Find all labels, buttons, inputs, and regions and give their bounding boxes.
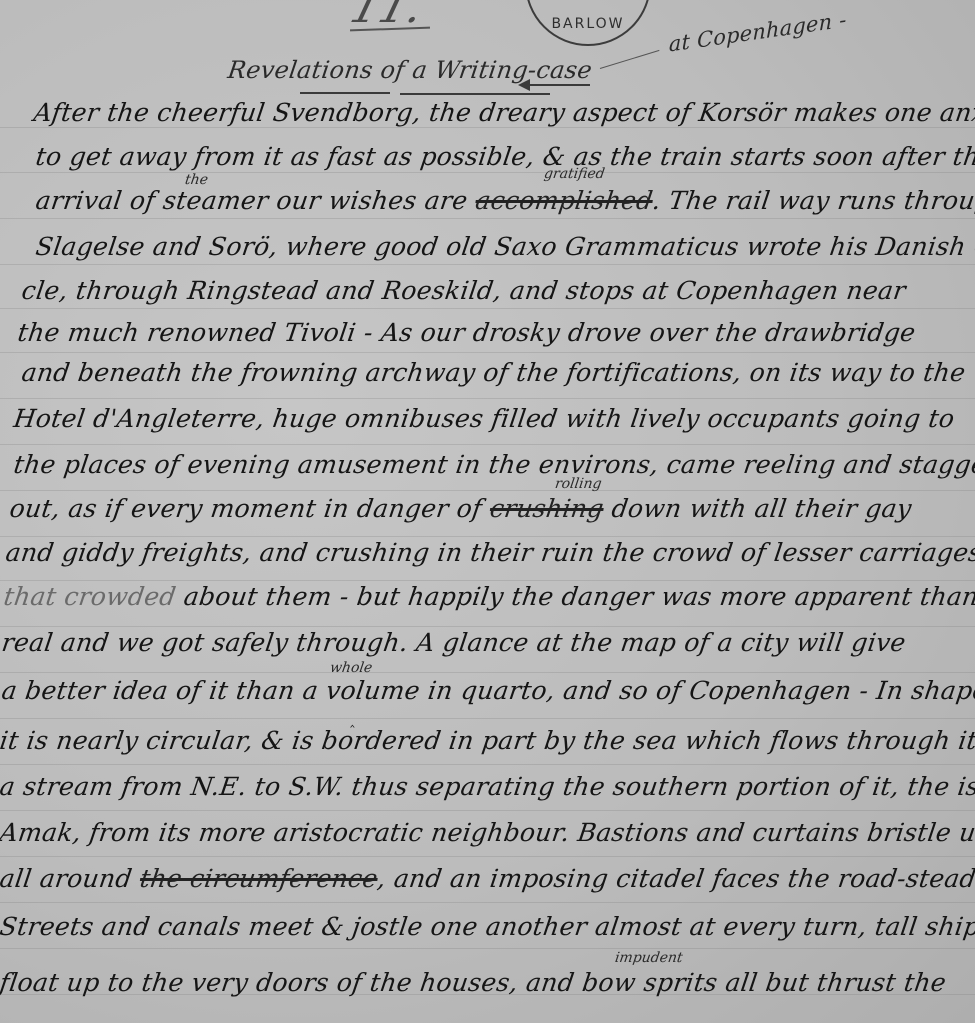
insertion-word: the [184, 172, 209, 188]
manuscript-line-12: that crowded about them - but happily th… [2, 582, 975, 611]
library-stamp: BARLOW [525, 0, 651, 46]
ruled-line [0, 718, 975, 719]
line-text: steamer our wishes are [161, 186, 477, 215]
line-text: . The rail way runs through [651, 186, 975, 215]
title-underline [400, 93, 550, 95]
ruled-line [0, 580, 975, 581]
ruled-line [0, 127, 975, 128]
manuscript-line-6: the much renowned Tivoli - As our drosky… [16, 318, 918, 347]
ruled-line [0, 810, 975, 811]
ruled-line [0, 536, 975, 537]
line-text: arrival of [34, 186, 165, 215]
ruled-line [0, 490, 975, 491]
manuscript-line-4: Slagelse and Sorö, where good old Saxo G… [34, 232, 975, 261]
manuscript-line-9: the places of evening amusement in the e… [12, 450, 975, 479]
insertion-word: rolling [554, 476, 603, 492]
line-text: bow sprits all but thrust the [580, 968, 948, 997]
title-underline [300, 92, 390, 94]
manuscript-line-3: arrival of steamer our wishes are accomp… [34, 186, 975, 215]
struck-word: crushing [488, 494, 606, 523]
ruled-line [0, 172, 975, 173]
manuscript-line-2: to get away from it as fast as possible,… [34, 142, 975, 171]
ruled-line [0, 764, 975, 765]
insertion-word: gratified [543, 166, 606, 182]
manuscript-line-11: and giddy freights, and crushing in thei… [4, 538, 975, 567]
manuscript-line-20: float up to the very doors of the houses… [0, 968, 948, 997]
manuscript-line-13: real and we got safely through. A glance… [0, 628, 908, 657]
insertion-guide-line [600, 50, 660, 69]
ruled-line [0, 626, 975, 627]
manuscript-line-10: out, as if every moment in danger of cru… [8, 494, 914, 523]
manuscript-line-19: Streets and canals meet & jostle one ano… [0, 912, 975, 941]
insertion-word: whole [329, 660, 373, 676]
manuscript-line-17: Amak, from its more aristocratic neighbo… [0, 818, 975, 847]
page-title: Revelations of a Writing-case [226, 56, 594, 84]
line-text: all around [0, 864, 142, 893]
ruled-line [0, 264, 975, 265]
line-text: , and an imposing citadel faces the road… [376, 864, 975, 893]
line-text: float up to the very doors of the houses… [0, 968, 584, 997]
ruled-line [0, 308, 975, 309]
struck-word: the circumference [138, 864, 380, 893]
ruled-line [0, 444, 975, 445]
manuscript-line-8: Hotel d'Angleterre, huge omnibuses fille… [12, 404, 957, 433]
ruled-line [0, 948, 975, 949]
ruled-line [0, 902, 975, 903]
title-insertion: at Copenhagen - [669, 7, 847, 56]
stamp-text: BARLOW [527, 16, 649, 32]
line-text: about them - but happily the danger was … [174, 582, 975, 611]
manuscript-line-14: a better idea of it than a volume in qua… [0, 676, 975, 705]
ruled-line [0, 352, 975, 353]
insertion-arrow-icon [520, 84, 590, 86]
ruled-line [0, 856, 975, 857]
ruled-line [0, 398, 975, 399]
line-text: volume in quarto, and so of Copenhagen -… [324, 676, 975, 705]
line-text: out, as if every moment in danger of [8, 494, 492, 523]
manuscript-line-5: cle, through Ringstead and Roeskild, and… [20, 276, 908, 305]
insertion-word: impudent [614, 950, 684, 966]
ruled-line [0, 672, 975, 673]
struck-word: accomplished [474, 186, 655, 215]
line-text: a better idea of it than a [0, 676, 328, 705]
manuscript-line-18: all around the circumference, and an imp… [0, 864, 975, 893]
ruled-line [0, 218, 975, 219]
manuscript-line-16: a stream from N.E. to S.W. thus separati… [0, 772, 975, 801]
manuscript-page: 11. BARLOW Revelations of a Writing-case… [0, 0, 975, 1023]
line-text: down with all their gay [602, 494, 914, 523]
manuscript-line-15: it is nearly circular, & is bordered in … [0, 726, 975, 755]
manuscript-line-7: and beneath the frowning archway of the … [20, 358, 967, 387]
faded-text: that crowded [2, 582, 178, 611]
manuscript-line-1: After the cheerful Svendborg, the dreary… [32, 98, 975, 127]
